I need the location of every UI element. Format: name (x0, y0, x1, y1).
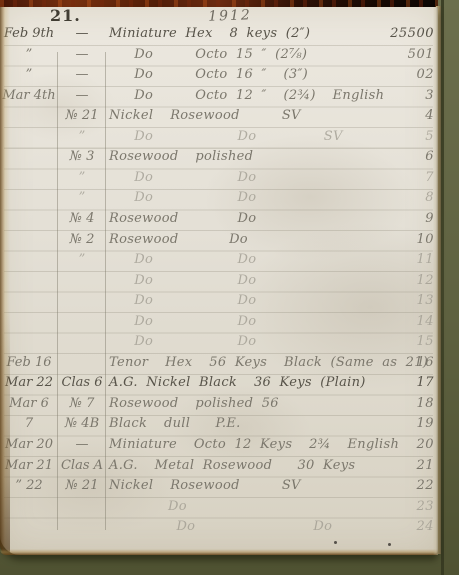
row-number: № 4 (58, 211, 106, 226)
row-serial: 23 (416, 499, 434, 514)
page-edge-bottom (0, 549, 438, 555)
row-number: ” (58, 252, 106, 267)
row-description: Rosewood Do (109, 211, 256, 226)
ledger-row: Mar 22Clas 6A.G. Nickel Black 36 Keys (P… (0, 375, 438, 394)
row-number: № 2 (58, 232, 106, 247)
row-serial: 25500 (390, 26, 434, 41)
row-number: — (58, 88, 106, 103)
page-edge-right (433, 7, 438, 555)
pencil-dot (388, 543, 391, 546)
ledger-row: ” Do Do7 (0, 170, 438, 189)
row-description: Miniature Hex 8 keys (2″) (109, 26, 310, 41)
row-number: № 21 (58, 478, 106, 493)
row-date: Mar 20 (2, 437, 56, 452)
row-serial: 19 (416, 416, 434, 431)
row-description: Do Do SV (109, 129, 343, 144)
row-serial: 10 (416, 232, 434, 247)
ledger-row: Do23 (0, 499, 438, 518)
row-serial: 20 (416, 437, 434, 452)
row-date: 7 (2, 416, 56, 431)
row-number: № 3 (58, 149, 106, 164)
row-number: — (58, 47, 106, 62)
row-description: Do Do (109, 293, 256, 308)
row-serial: 15 (416, 334, 434, 349)
row-description: Do (109, 499, 187, 514)
row-description: Tenor Hex 56 Keys Black (Same as 21) (109, 355, 428, 370)
row-serial: 501 (408, 47, 434, 62)
book-gutter-shadow (441, 0, 444, 575)
row-serial: 13 (416, 293, 434, 308)
ledger-row: № 21Nickel Rosewood SV4 (0, 108, 438, 127)
ledger-row: ”— Do Octo 16 ″ (3″)02 (0, 67, 438, 86)
ledger-row: 7№ 4BBlack dull P.E.19 (0, 416, 438, 435)
ledger-row: Do Do24 (0, 519, 438, 538)
row-serial: 24 (416, 519, 434, 534)
ledger-row: Feb 16Tenor Hex 56 Keys Black (Same as 2… (0, 355, 438, 374)
row-description: Do Do (109, 314, 256, 329)
ledger-row: Do Do15 (0, 334, 438, 353)
ledger-row: ” Do Do11 (0, 252, 438, 271)
row-serial: 16 (416, 355, 434, 370)
row-description: Nickel Rosewood SV (109, 108, 301, 123)
row-description: Rosewood Do (109, 232, 248, 247)
ledger-rows: Feb 9th—Miniature Hex 8 keys (2″)25500”—… (0, 7, 438, 555)
row-number: Clas 6 (58, 375, 106, 390)
row-number: № 4B (58, 416, 106, 431)
row-description: Do Octo 16 ″ (3″) (109, 67, 308, 82)
row-number: — (58, 67, 106, 82)
ledger-row: Do Do13 (0, 293, 438, 312)
row-description: Do Do (109, 252, 256, 267)
row-description: A.G. Metal Rosewood 30 Keys (109, 458, 355, 473)
row-number: № 21 (58, 108, 106, 123)
row-date: Feb 16 (2, 355, 56, 370)
ledger-row: Do Do12 (0, 273, 438, 292)
ledger-row: ” Do Do8 (0, 190, 438, 209)
row-description: Do Octo 15 ″ (2⅞) (109, 47, 307, 62)
ledger-row: № 4Rosewood Do9 (0, 211, 438, 230)
ledger-row: № 3Rosewood polished6 (0, 149, 438, 168)
row-description: Do Do (109, 519, 332, 534)
ledger-row: Mar 21Clas AA.G. Metal Rosewood 30 Keys2… (0, 458, 438, 477)
row-description: A.G. Nickel Black 36 Keys (Plain) (109, 375, 366, 390)
row-serial: 22 (416, 478, 434, 493)
row-date: ” (2, 47, 56, 62)
row-date: Mar 4th (2, 88, 56, 103)
pencil-dot (334, 541, 337, 544)
ledger-row: № 2Rosewood Do10 (0, 232, 438, 251)
row-description: Rosewood polished (109, 149, 253, 164)
ledger-row: ” Do Do SV5 (0, 129, 438, 148)
row-serial: 11 (416, 252, 434, 267)
row-number: Clas A (58, 458, 106, 473)
row-description: Do Do (109, 170, 256, 185)
row-description: Nickel Rosewood SV (109, 478, 301, 493)
row-date: ” (2, 67, 56, 82)
ledger-row: ” 22№ 21Nickel Rosewood SV22 (0, 478, 438, 497)
row-serial: 17 (416, 375, 434, 390)
row-date: Mar 6 (2, 396, 56, 411)
row-serial: 14 (416, 314, 434, 329)
row-description: Do Do (109, 273, 256, 288)
row-description: Do Do (109, 190, 256, 205)
ledger-row: Mar 20—Miniature Octo 12 Keys 2¾ English… (0, 437, 438, 456)
ledger-row: Mar 6№ 7Rosewood polished 5618 (0, 396, 438, 415)
ledger-row: ”— Do Octo 15 ″ (2⅞)501 (0, 47, 438, 66)
row-number: ” (58, 190, 106, 205)
ledger-row: Do Do14 (0, 314, 438, 333)
row-description: Do Do (109, 334, 256, 349)
row-date: Mar 22 (2, 375, 56, 390)
row-number: ” (58, 170, 106, 185)
row-serial: 21 (416, 458, 434, 473)
row-number: — (58, 26, 106, 41)
row-date: ” 22 (2, 478, 56, 493)
ledger-page: 21. 1912 Feb 9th—Miniature Hex 8 keys (2… (0, 7, 438, 555)
row-number: ” (58, 129, 106, 144)
row-number: № 7 (58, 396, 106, 411)
row-description: Miniature Octo 12 Keys 2¾ English (109, 437, 399, 452)
row-serial: 18 (416, 396, 434, 411)
ledger-row: Feb 9th—Miniature Hex 8 keys (2″)25500 (0, 26, 438, 45)
row-serial: 02 (416, 67, 434, 82)
row-serial: 12 (416, 273, 434, 288)
row-date: Mar 21 (2, 458, 56, 473)
row-description: Do Octo 12 ″ (2¾) English (109, 88, 384, 103)
row-description: Rosewood polished 56 (109, 396, 279, 411)
ledger-row: Mar 4th— Do Octo 12 ″ (2¾) English3 (0, 88, 438, 107)
row-date: Feb 9th (2, 26, 56, 41)
page-edge-left (0, 7, 10, 555)
ledger-scan: 21. 1912 Feb 9th—Miniature Hex 8 keys (2… (0, 0, 459, 575)
row-number: — (58, 437, 106, 452)
row-description: Black dull P.E. (109, 416, 241, 431)
